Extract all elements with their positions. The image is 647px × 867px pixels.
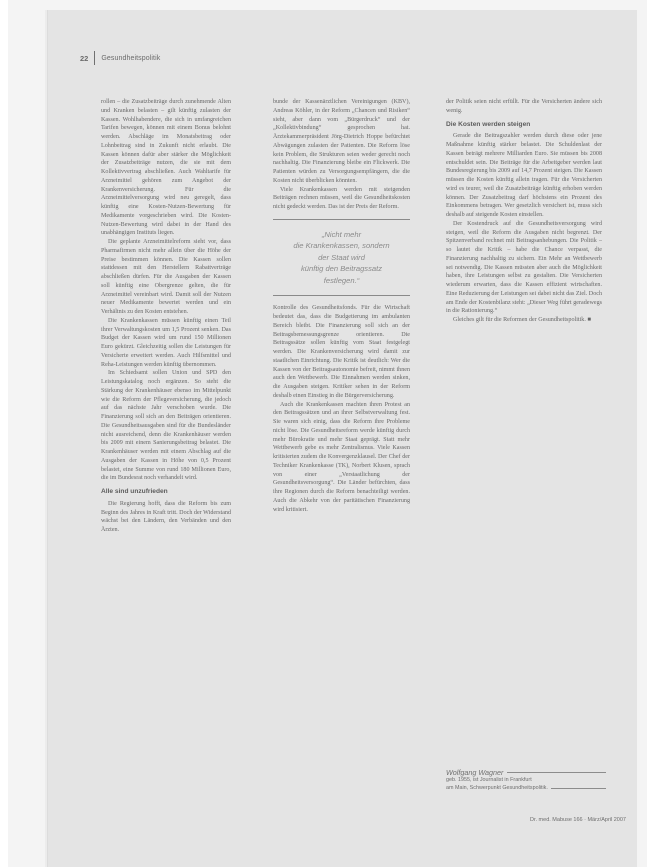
author-name-row: Wolfgang Wagner xyxy=(446,768,606,777)
end-of-article-mark: ■ xyxy=(587,317,591,323)
pull-quote-line: künftig den Beitragssatz xyxy=(275,263,408,275)
paragraph: Die geplante Arzneimittelreform sieht vo… xyxy=(101,238,231,317)
paragraph: Kontrolle des Gesundheitsfonds. Für die … xyxy=(273,304,410,400)
author-bio-text: geb. 1955, ist Journalist in Frankfurt xyxy=(446,777,532,785)
pull-quote-line: „Nicht mehr xyxy=(275,229,408,241)
pull-quote-line: die Krankenkassen, sondern xyxy=(275,240,408,252)
author-bio-line: am Main, Schwerpunkt Gesundheitspolitik. xyxy=(446,785,606,793)
scan-margin xyxy=(0,0,8,867)
text-column-3: der Politik seien nicht erfüllt. Für die… xyxy=(446,98,602,598)
subheading: Alle sind unzufrieden xyxy=(101,488,231,497)
author-rule xyxy=(551,788,606,789)
paragraph: rollen – die Zusatzbeiträge durch zunehm… xyxy=(101,98,231,238)
author-name: Wolfgang Wagner xyxy=(446,768,503,777)
pull-quote-line: festlegen.“ xyxy=(275,275,408,287)
author-rule xyxy=(507,772,606,773)
section-name: Gesundheitspolitik xyxy=(101,55,160,62)
paragraph: Gleiches gilt für die Reformen der Gesun… xyxy=(446,316,602,325)
paragraph: Viele Krankenkassen werden mit steigende… xyxy=(273,186,410,212)
pull-quote-line: der Staat wird xyxy=(275,252,408,264)
text-column-1: rollen – die Zusatzbeiträge durch zunehm… xyxy=(101,98,231,810)
paragraph: Gerade die Beitragszahler werden durch d… xyxy=(446,132,602,220)
paragraph-text: Gleiches gilt für die Reformen der Gesun… xyxy=(453,317,586,323)
running-header: 22 Gesundheitspolitik xyxy=(80,51,160,65)
author-bio-text: am Main, Schwerpunkt Gesundheitspolitik. xyxy=(446,785,548,793)
paragraph: bunde der Kassenärztlichen Vereinigungen… xyxy=(273,98,410,186)
author-block: Wolfgang Wagner geb. 1955, ist Journalis… xyxy=(446,768,606,793)
author-bio-line: geb. 1955, ist Journalist in Frankfurt xyxy=(446,777,606,785)
subheading: Die Kosten werden steigen xyxy=(446,121,602,130)
text-column-2: bunde der Kassenärztlichen Vereinigungen… xyxy=(273,98,410,810)
page-number: 22 xyxy=(80,54,88,63)
header-divider xyxy=(94,51,95,65)
pull-quote: „Nicht mehr die Krankenkassen, sondern d… xyxy=(273,219,410,297)
author-bio: geb. 1955, ist Journalist in Frankfurt a… xyxy=(446,777,606,793)
paragraph: Im Schiedsamt sollen Union und SPD den L… xyxy=(101,369,231,483)
paragraph: der Politik seien nicht erfüllt. Für die… xyxy=(446,98,602,116)
paragraph: Die Regierung hofft, dass die Reform bis… xyxy=(101,500,231,535)
paragraph: Die Krankenkassen müssen künftig einen T… xyxy=(101,317,231,370)
paragraph: Auch die Krankenkassen machten ihren Pro… xyxy=(273,401,410,515)
paragraph: Der Kostendruck auf die Gesundheitsverso… xyxy=(446,220,602,316)
issue-footer: Dr. med. Mabuse 166 · März/April 2007 xyxy=(530,817,626,823)
